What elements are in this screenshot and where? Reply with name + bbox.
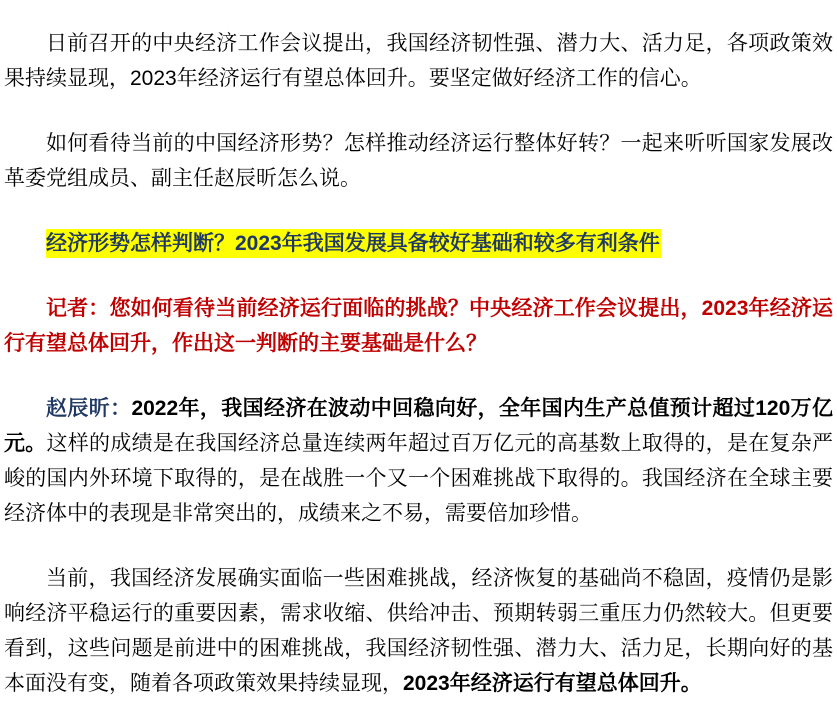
intro-paragraph-2-run-0: 如何看待当前的中国经济形势？怎样推动经济运行整体好转？一起来听听国家发展改革委党… [4,132,833,190]
intro-paragraph-1: 日前召开的中央经济工作会议提出，我国经济韧性强、潜力大、活力足，各项政策效果持续… [4,26,833,96]
article-body: 日前召开的中央经济工作会议提出，我国经济韧性强、潜力大、活力足，各项政策效果持续… [4,26,833,701]
section-heading-run-0: 经济形势怎样判断？2023年我国发展具备较好基础和较多有利条件 [46,229,661,258]
answer-paragraph-2-run-1: 2023年经济运行有望总体回升。 [403,672,702,695]
section-heading: 经济形势怎样判断？2023年我国发展具备较好基础和较多有利条件 [4,226,833,261]
answer-paragraph-1: 赵辰昕：2022年，我国经济在波动中回稳向好，全年国内生产总值预计超过120万亿… [4,391,833,531]
document-page: 日前召开的中央经济工作会议提出，我国经济韧性强、潜力大、活力足，各项政策效果持续… [0,0,837,708]
answer-paragraph-2: 当前，我国经济发展确实面临一些困难挑战，经济恢复的基础尚不稳固，疫情仍是影响经济… [4,561,833,701]
reporter-question-run-0: 记者：您如何看待当前经济运行面临的挑战？中央经济工作会议提出，2023年经济运行… [4,297,833,355]
intro-paragraph-1-run-0: 日前召开的中央经济工作会议提出，我国经济韧性强、潜力大、活力足，各项政策效果持续… [4,32,833,90]
answer-paragraph-1-run-0: 赵辰昕： [46,397,131,420]
reporter-question: 记者：您如何看待当前经济运行面临的挑战？中央经济工作会议提出，2023年经济运行… [4,291,833,361]
intro-paragraph-2: 如何看待当前的中国经济形势？怎样推动经济运行整体好转？一起来听听国家发展改革委党… [4,126,833,196]
answer-paragraph-1-run-2: 这样的成绩是在我国经济总量连续两年超过百万亿元的高基数上取得的，是在复杂严峻的国… [4,432,833,525]
